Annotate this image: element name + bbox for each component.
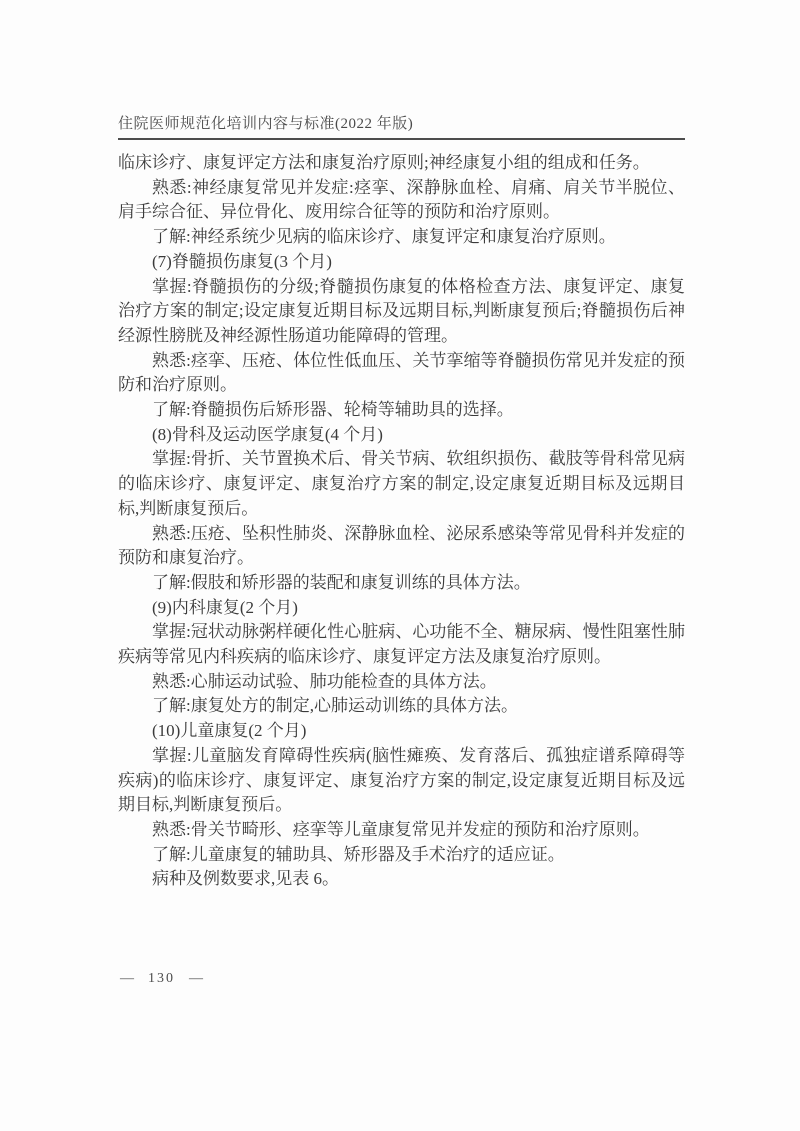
document-page: 住院医师规范化培训内容与标准(2022 年版) 临床诊疗、康复评定方法和康复治疗…	[0, 0, 800, 1131]
paragraph: 熟悉:骨关节畸形、痉挛等儿童康复常见并发症的预防和治疗原则。	[118, 818, 685, 843]
paragraph: (10)儿童康复(2 个月)	[118, 719, 685, 744]
paragraph: 掌握:儿童脑发育障碍性疾病(脑性瘫痪、发育落后、孤独症谱系障碍等疾病)的临床诊疗…	[118, 744, 685, 818]
paragraph: 病种及例数要求,见表 6。	[118, 867, 685, 892]
paragraph: 了解:脊髓损伤后矫形器、轮椅等辅助具的选择。	[118, 398, 685, 423]
paragraph: (9)内科康复(2 个月)	[118, 596, 685, 621]
paragraph: 了解:儿童康复的辅助具、矫形器及手术治疗的适应证。	[118, 843, 685, 868]
paragraph: 掌握:脊髓损伤的分级;脊髓损伤康复的体格检查方法、康复评定、康复治疗方案的制定;…	[118, 275, 685, 349]
document-body: 临床诊疗、康复评定方法和康复治疗原则;神经康复小组的组成和任务。熟悉:神经康复常…	[118, 151, 685, 892]
paragraph: 熟悉:压疮、坠积性肺炎、深静脉血栓、泌尿系感染等常见骨科并发症的预防和康复治疗。	[118, 522, 685, 571]
page-number: — 130 —	[120, 971, 203, 987]
paragraph: 了解:假肢和矫形器的装配和康复训练的具体方法。	[118, 571, 685, 596]
paragraph: 熟悉:神经康复常见并发症:痉挛、深静脉血栓、肩痛、肩关节半脱位、肩手综合征、异位…	[118, 176, 685, 225]
page-number-left-dash: —	[120, 971, 134, 987]
paragraph: (7)脊髓损伤康复(3 个月)	[118, 250, 685, 275]
paragraph: 熟悉:心肺运动试验、肺功能检查的具体方法。	[118, 670, 685, 695]
paragraph: 了解:康复处方的制定,心肺运动训练的具体方法。	[118, 694, 685, 719]
paragraph: 熟悉:痉挛、压疮、体位性低血压、关节挛缩等脊髓损伤常见并发症的预防和治疗原则。	[118, 349, 685, 398]
header-rule	[118, 138, 685, 140]
paragraph: 了解:神经系统少见病的临床诊疗、康复评定和康复治疗原则。	[118, 225, 685, 250]
running-header: 住院医师规范化培训内容与标准(2022 年版)	[118, 112, 685, 133]
paragraph: 掌握:冠状动脉粥样硬化性心脏病、心功能不全、糖尿病、慢性阻塞性肺疾病等常见内科疾…	[118, 620, 685, 669]
paragraph: (8)骨科及运动医学康复(4 个月)	[118, 423, 685, 448]
paragraph: 临床诊疗、康复评定方法和康复治疗原则;神经康复小组的组成和任务。	[118, 151, 685, 176]
page-number-right-dash: —	[189, 971, 203, 987]
page-number-value: 130	[148, 971, 175, 987]
paragraph: 掌握:骨折、关节置换术后、骨关节病、软组织损伤、截肢等骨科常见病的临床诊疗、康复…	[118, 447, 685, 521]
